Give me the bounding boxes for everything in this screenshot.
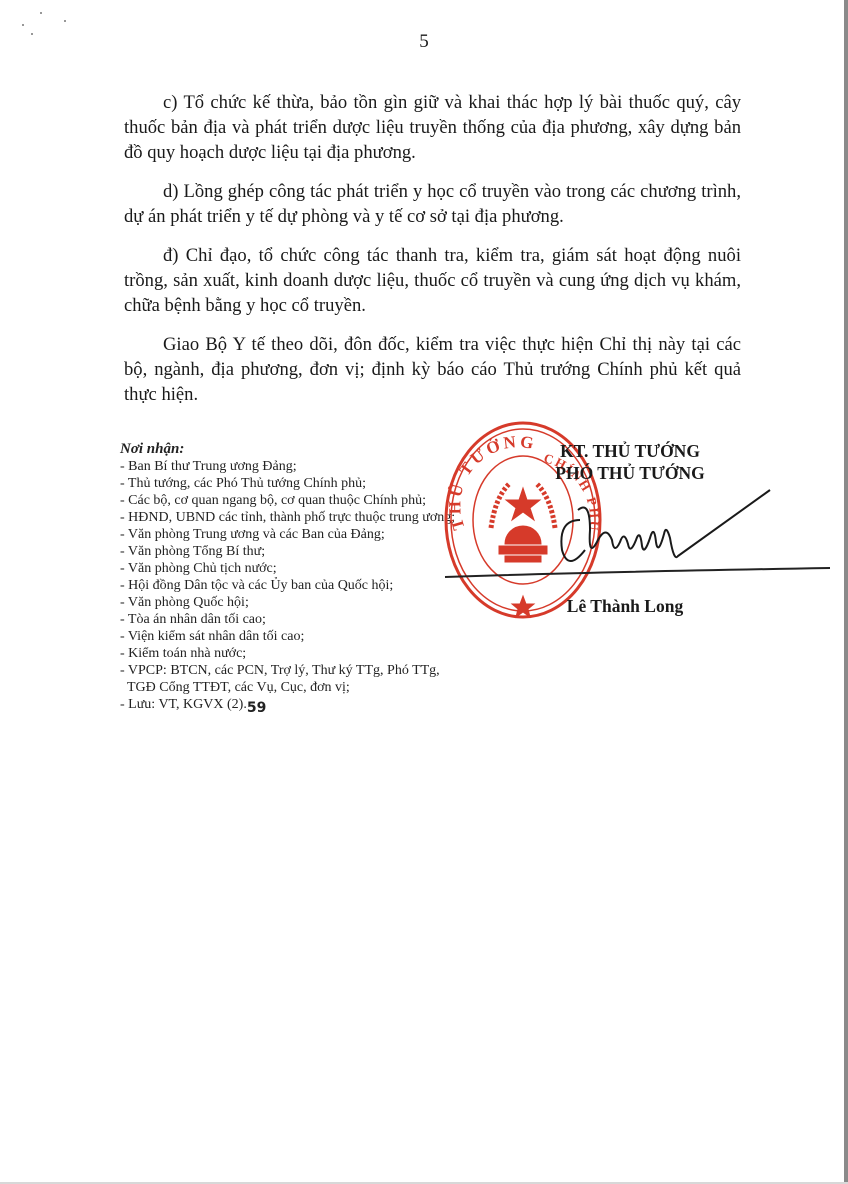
page-number: 5 bbox=[0, 31, 848, 53]
paragraph-dd: đ) Chỉ đạo, tổ chức công tác thanh tra, … bbox=[124, 243, 741, 318]
recipient-item: - Viện kiểm sát nhân dân tối cao; bbox=[120, 628, 520, 645]
paragraph-assignment: Giao Bộ Y tế theo dõi, đôn đốc, kiểm tra… bbox=[124, 332, 741, 407]
recipient-item: - VPCP: BTCN, các PCN, Trợ lý, Thư ký TT… bbox=[120, 662, 520, 679]
paragraph-d: d) Lồng ghép công tác phát triển y học c… bbox=[124, 179, 741, 229]
page-right-edge bbox=[844, 0, 848, 1184]
recipient-archive: - Lưu: VT, KGVX (2).59 bbox=[120, 696, 520, 713]
scan-speck bbox=[40, 12, 42, 14]
handwritten-signature bbox=[440, 480, 840, 590]
paragraph-c: c) Tổ chức kế thừa, bảo tồn gìn giữ và k… bbox=[124, 90, 741, 165]
signer-authority: KT. THỦ TƯỚNG bbox=[520, 440, 740, 462]
signature-block: KT. THỦ TƯỚNG PHÓ THỦ TƯỚNG bbox=[520, 440, 740, 484]
handwritten-note: 59 bbox=[247, 700, 266, 716]
signer-name: Lê Thành Long bbox=[555, 596, 695, 617]
archive-text: - Lưu: VT, KGVX (2). bbox=[120, 697, 247, 712]
scan-speck bbox=[64, 20, 66, 22]
recipient-item: - Kiểm toán nhà nước; bbox=[120, 645, 520, 662]
scan-speck bbox=[22, 24, 24, 26]
document-body: c) Tổ chức kế thừa, bảo tồn gìn giữ và k… bbox=[124, 90, 741, 421]
recipient-item-continuation: TGĐ Cổng TTĐT, các Vụ, Cục, đơn vị; bbox=[120, 679, 520, 696]
